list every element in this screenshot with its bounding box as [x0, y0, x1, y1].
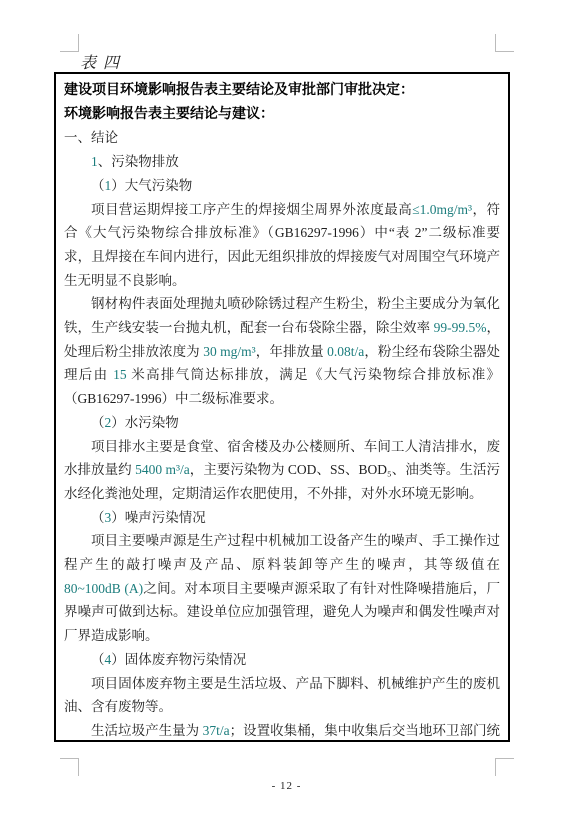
text-segment: ）水污染物: [111, 415, 179, 430]
text-segment: 、污染物排放: [98, 154, 179, 169]
numeric-value: 80~100dB (A): [64, 581, 143, 596]
numeric-value: 0.08t/a: [327, 344, 364, 359]
report-table: 建设项目环境影响报告表主要结论及审批部门审批决定：环境影响报告表主要结论与建议：…: [54, 72, 510, 742]
crop-mark-top-left: [60, 34, 79, 52]
text-segment: （: [91, 510, 105, 525]
text-segment: 一、结论: [64, 130, 118, 145]
paragraph: 1、污染物排放: [64, 150, 500, 174]
paragraph: （2）水污染物: [64, 411, 500, 435]
page-number: - 12 -: [0, 780, 573, 792]
paragraph: 钢材构件表面处理抛丸喷砂除锈过程产生粉尘，粉尘主要成分为氧化铁，生产线安装一台抛…: [64, 292, 500, 411]
numeric-value: ≤1.0mg/m³: [412, 202, 472, 217]
numeric-value: 5400 m³/a: [135, 462, 190, 477]
numeric-value: 1: [91, 154, 98, 169]
crop-mark-top-right: [495, 34, 514, 52]
paragraph: 项目排水主要是食堂、宿舍楼及办公楼厕所、车间工人清洁排水，废水排放量约 5400…: [64, 435, 500, 506]
text-segment: （: [91, 652, 105, 667]
text-segment: ）大气污染物: [111, 178, 192, 193]
paragraph: 项目营运期焊接工序产生的焊接烟尘周界外浓度最高≤1.0mg/m³，符合《大气污染…: [64, 198, 500, 293]
text-segment: 生活垃圾产生量为: [91, 723, 203, 738]
text-segment: （: [91, 415, 105, 430]
paragraph: （1）大气污染物: [64, 174, 500, 198]
text-segment: 项目主要噪声源是生产过程中机械加工设备产生的噪声、手工操作过程产生的敲打噪声及产…: [64, 533, 500, 572]
paragraph: （3）噪声污染情况: [64, 506, 500, 530]
table-number-label: 表四: [80, 50, 126, 73]
text-segment: ）噪声污染情况: [111, 510, 206, 525]
paragraph: 建设项目环境影响报告表主要结论及审批部门审批决定：: [64, 79, 500, 103]
crop-mark-bottom-right: [495, 758, 514, 776]
numeric-value: 30 mg/m³: [203, 344, 256, 359]
text-segment: ，年排放量: [256, 344, 327, 359]
text-segment: 项目营运期焊接工序产生的焊接烟尘周界外浓度最高: [91, 202, 412, 217]
text-segment: （: [91, 178, 105, 193]
paragraph: 项目主要噪声源是生产过程中机械加工设备产生的噪声、手工操作过程产生的敲打噪声及产…: [64, 529, 500, 648]
paragraph: 项目固体废弃物主要是生活垃圾、产品下脚料、机械维护产生的废机油、含有废物等。: [64, 672, 500, 719]
crop-mark-bottom-left: [60, 758, 79, 776]
report-body: 建设项目环境影响报告表主要结论及审批部门审批决定：环境影响报告表主要结论与建议：…: [64, 79, 500, 742]
text-segment: ）固体废弃物污染情况: [111, 652, 246, 667]
text-segment: 米高排气筒达标排放，满足《大气污染物综合排放标准》（GB16297-1996）中…: [64, 367, 500, 406]
paragraph: 一、结论: [64, 126, 500, 150]
numeric-value: 99-99.5%: [434, 320, 487, 335]
numeric-value: 15: [113, 367, 127, 382]
text-segment: 环境影响报告表主要结论与建议：: [64, 107, 274, 122]
paragraph: （4）固体废弃物污染情况: [64, 648, 500, 672]
text-segment: 建设项目环境影响报告表主要结论及审批部门审批决定：: [64, 83, 414, 98]
paragraph: 环境影响报告表主要结论与建议：: [64, 103, 500, 127]
document-page: 表四 建设项目环境影响报告表主要结论及审批部门审批决定：环境影响报告表主要结论与…: [0, 0, 573, 819]
paragraph: 生活垃圾产生量为 37t/a；设置收集桶，集中收集后交当地环卫部门统一处理。一般…: [64, 719, 500, 742]
text-segment: 项目固体废弃物主要是生活垃圾、产品下脚料、机械维护产生的废机油、含有废物等。: [64, 676, 500, 715]
numeric-value: 37t/a: [203, 723, 230, 738]
